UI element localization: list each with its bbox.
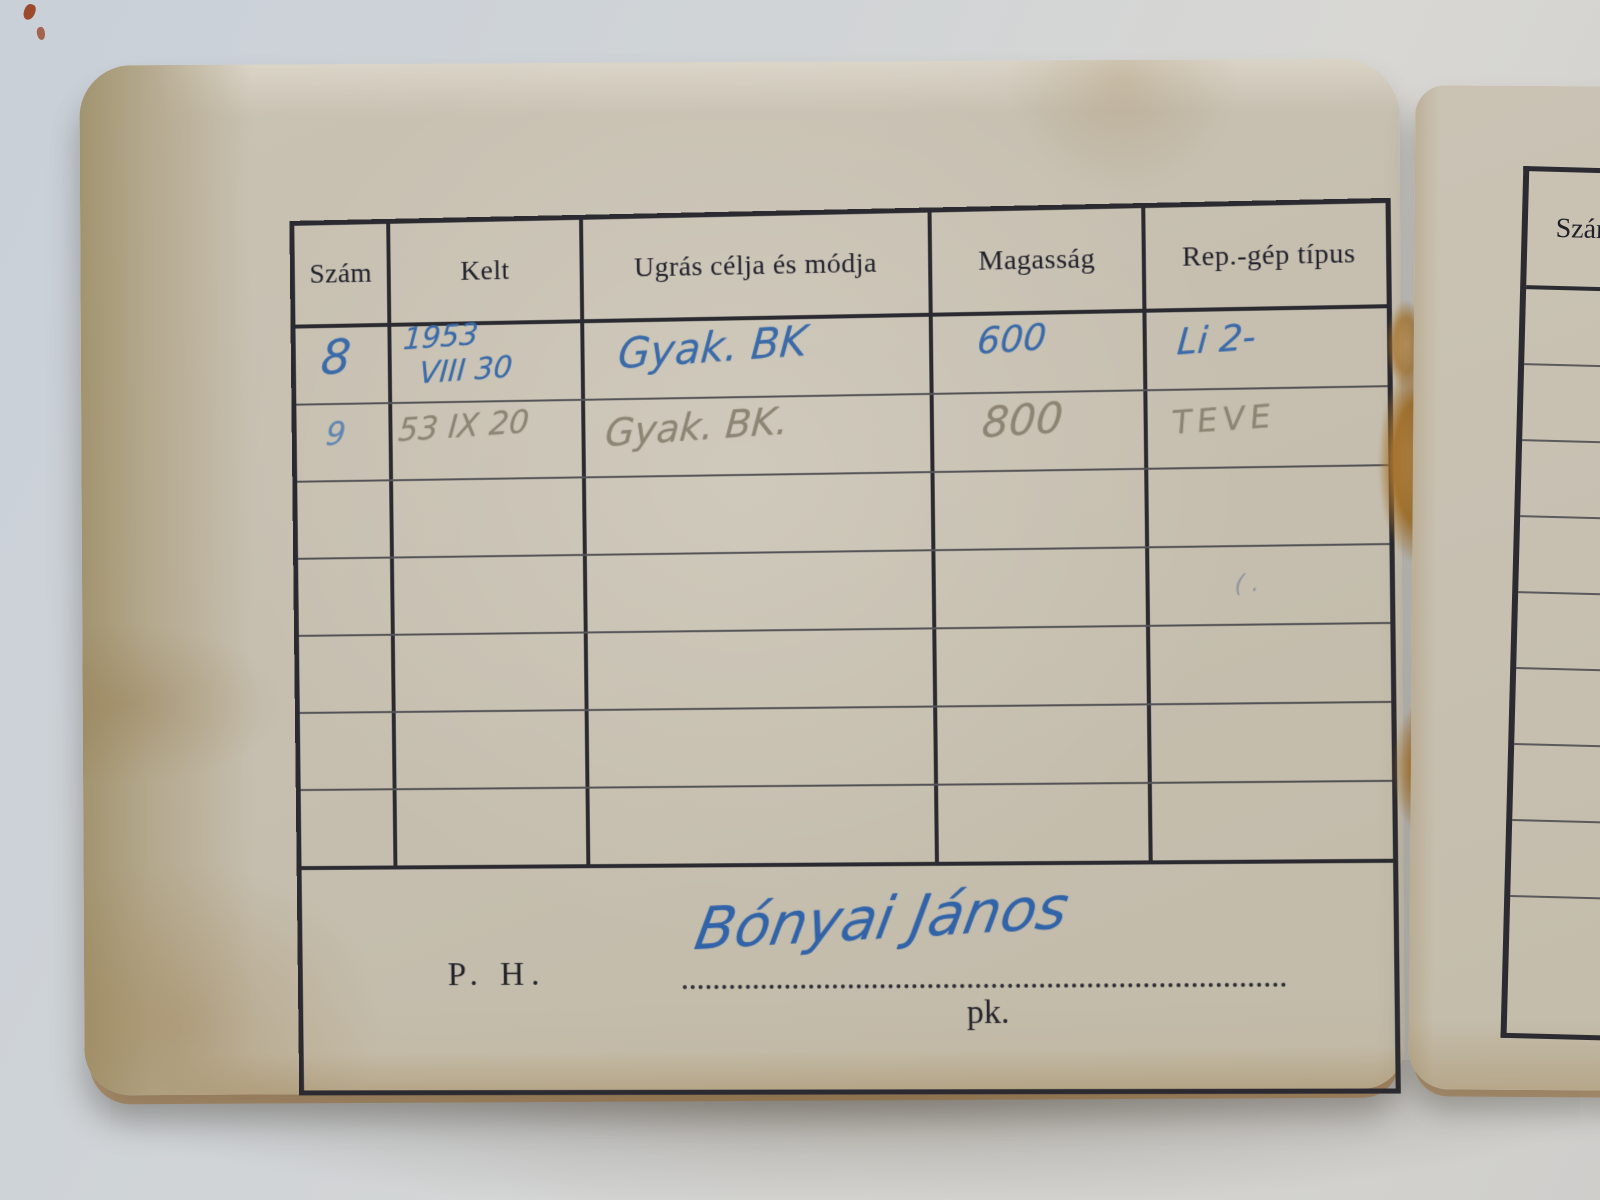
table-row (1510, 821, 1600, 902)
table-row (1524, 289, 1600, 370)
table-row (297, 466, 1389, 560)
table-body: 8 1953VIII 30 Gyak. BK 600 Li 2- 9 53 IX… (295, 308, 1393, 870)
table-cell: 600 (933, 313, 1148, 393)
col-header-label: Szám (309, 258, 372, 291)
signature-block: Bónyai János pk. (676, 863, 1302, 1105)
table-row (1522, 365, 1600, 446)
handwritten-entry: 1953 (402, 317, 479, 357)
handwritten-entry: 53 IX 20 (397, 402, 530, 449)
table-row (300, 703, 1392, 791)
table-cell: ( . (1149, 545, 1396, 625)
table-row (1516, 593, 1600, 674)
right-page-table: Szám (1501, 166, 1600, 1043)
handwritten-entry: Li 2- (1176, 317, 1258, 364)
table-cell: 8 (295, 327, 392, 404)
signature-role-label: pk. (967, 994, 1010, 1032)
table-row (301, 782, 1393, 866)
table-cell (395, 633, 589, 711)
handwritten-entry: VIII 30 (418, 350, 514, 392)
table-row (1514, 669, 1600, 750)
handwritten-entry: TEVE (1171, 396, 1277, 442)
handwritten-entry: 8 (319, 329, 353, 387)
table-cell (393, 478, 587, 556)
signature-line (683, 983, 1286, 989)
table-cell (938, 784, 1153, 862)
table-cell (589, 786, 938, 865)
table-cell (297, 481, 394, 558)
col-header-magassag: Magasság (932, 208, 1147, 313)
logbook-left-page: Szám Kelt Ugrás célja és módja Magasság … (79, 59, 1404, 1096)
table-cell (1148, 466, 1395, 546)
logbook-photo: Szám Kelt Ugrás célja és módja Magasság … (0, 0, 1600, 1200)
table-cell (1152, 782, 1399, 861)
table-cell (589, 708, 938, 787)
table-cell (396, 711, 590, 788)
table-cell: Li 2- (1146, 308, 1393, 389)
table-cell (587, 551, 936, 631)
table-row (1520, 441, 1600, 522)
table-row (1512, 745, 1600, 826)
table-cell (937, 705, 1152, 783)
table-row (1518, 517, 1600, 598)
right-table-header: Szám (1526, 171, 1600, 294)
jump-log-table: Szám Kelt Ugrás célja és módja Magasság … (289, 198, 1400, 1096)
col-header-szam: Szám (294, 224, 391, 325)
table-cell (936, 627, 1151, 706)
col-header-label: Magasság (978, 243, 1095, 277)
table-cell: TEVE (1147, 387, 1394, 468)
table-cell (298, 558, 395, 634)
table-row (1508, 897, 1600, 976)
table-cell: 1953VIII 30 (391, 323, 585, 402)
table-cell: 800 (934, 391, 1149, 471)
table-cell (1151, 703, 1398, 782)
table-cell: 9 (296, 404, 393, 481)
logbook-right-page: Szám (1408, 85, 1600, 1091)
col-header-ugras: Ugrás célja és módja (583, 212, 933, 319)
handwritten-entry: 600 (976, 317, 1048, 363)
table-row (299, 624, 1391, 714)
paper-speck (36, 26, 47, 40)
table-header-row: Szám Kelt Ugrás célja és módja Magasság … (294, 203, 1386, 329)
col-header-label: Rep.-gép típus (1182, 238, 1356, 274)
handwritten-entry: 9 (325, 414, 348, 453)
table-cell: Gyak. BK. (585, 395, 934, 476)
table-cell (300, 713, 397, 789)
table-cell: 53 IX 20 (392, 401, 586, 480)
handwritten-entry: Gyak. BK. (604, 398, 790, 455)
table-cell: Gyak. BK (584, 317, 933, 399)
paper-speck (22, 3, 37, 22)
col-header-szam-partial: Szám (1555, 213, 1600, 247)
col-header-kelt: Kelt (390, 220, 584, 323)
commander-signature: Bónyai János (690, 873, 1074, 963)
col-header-repgep: Rep.-gép típus (1145, 203, 1393, 309)
table-cell (299, 636, 396, 712)
handwritten-entry: 800 (980, 392, 1064, 447)
table-row: ( . (298, 545, 1390, 637)
table-footer: P. H. Bónyai János pk. (302, 863, 1396, 1106)
stamp-placeholder-label: P. H. (447, 956, 546, 994)
handwritten-entry: Gyak. BK (616, 316, 809, 379)
col-header-label: Ugrás célja és módja (634, 248, 877, 285)
table-cell (935, 470, 1150, 549)
handwritten-stray-mark: ( . (1234, 568, 1261, 598)
table-cell (588, 629, 937, 709)
table-cell (1150, 624, 1397, 703)
table-cell (394, 556, 588, 634)
col-header-label: Kelt (460, 255, 510, 288)
table-cell (935, 548, 1150, 627)
table-cell (397, 789, 591, 866)
table-cell (586, 473, 935, 554)
table-cell (301, 790, 398, 866)
